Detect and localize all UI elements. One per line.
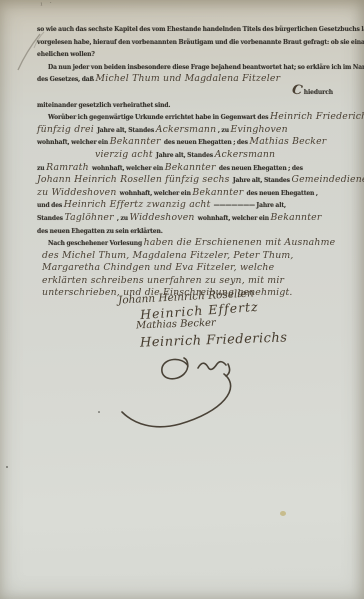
doc-line: des neuen Ehegatten zu sein erklärten. [37, 222, 347, 235]
printed-text: so wie auch das sechste Kapitel des vom … [37, 26, 364, 33]
doc-line: Da nun jeder von beiden insbesondere die… [37, 58, 347, 71]
doc-line: so wie auch das sechste Kapitel des vom … [37, 20, 347, 33]
doc-line: fünfzig drei Jahre alt, Standes Ackersma… [37, 121, 347, 134]
ink-speck [6, 466, 8, 468]
printed-text: , zu [117, 215, 130, 222]
doc-line: erklärten schreibens unerfahren zu seyn,… [37, 272, 347, 285]
signature-becker: Mathias Becker [136, 318, 216, 332]
printed-text: hiedurch [302, 89, 333, 96]
doc-line: vorgelesen habe, hierauf den vorbenannte… [37, 33, 347, 46]
registrar-signature-flourish [110, 350, 290, 440]
doc-line: Margaretha Chindgen und Eva Fitzeler, we… [37, 259, 347, 272]
doc-line: Standes Taglöhner , zu Widdeshoven wohnh… [37, 209, 347, 222]
doc-line: C hiedurch [37, 83, 347, 96]
printed-text: wohnhaft, welcher ein [198, 215, 271, 222]
doc-line: Johann Heinrich Rosellen fünfzig sechs J… [37, 171, 347, 184]
doc-line: Worüber ich gegenwärtige Urkunde erricht… [37, 108, 347, 121]
doc-line: ehelichen wollen? [37, 45, 347, 58]
signature-friederichs: Heinrich Friederichs [140, 330, 288, 350]
doc-line: des Gesetzes, daß Michel Thum und Magdal… [37, 70, 347, 83]
doc-line: zu Ramrath wohnhaft, welcher ein Bekannt… [37, 159, 347, 172]
document-text: so wie auch das sechste Kapitel des vom … [37, 20, 347, 297]
handwritten-brace: C [291, 84, 303, 98]
printed-text: Jahre alt, Standes [156, 152, 215, 159]
doc-line: Nach geschehener Vorlesung haben die Ers… [37, 234, 347, 247]
printed-text: des Gesetzes, daß [37, 76, 96, 83]
paper-stain [280, 511, 286, 516]
handwritten-names-couple: Michel Thum und Magdalena Fitzeler [96, 73, 281, 84]
doc-line: zu Widdeshoven wohnhaft, welcher ein Bek… [37, 184, 347, 197]
ink-speck [98, 411, 100, 413]
doc-line: wohnhaft, welcher ein Bekannter des neue… [37, 133, 347, 146]
doc-line: und des Heinrich Effertz zwanzig acht ——… [37, 196, 347, 209]
printed-text: Standes [37, 215, 64, 222]
document-page: ¹ ˙ so wie auch das sechste Kapitel des … [0, 0, 364, 599]
handwritten-relation: Bekannter [271, 212, 322, 223]
doc-line: vierzig acht Jahre alt, Standes Ackersma… [37, 146, 347, 159]
doc-line: des Michel Thum, Magdalena Fitzeler, Pet… [37, 247, 347, 260]
